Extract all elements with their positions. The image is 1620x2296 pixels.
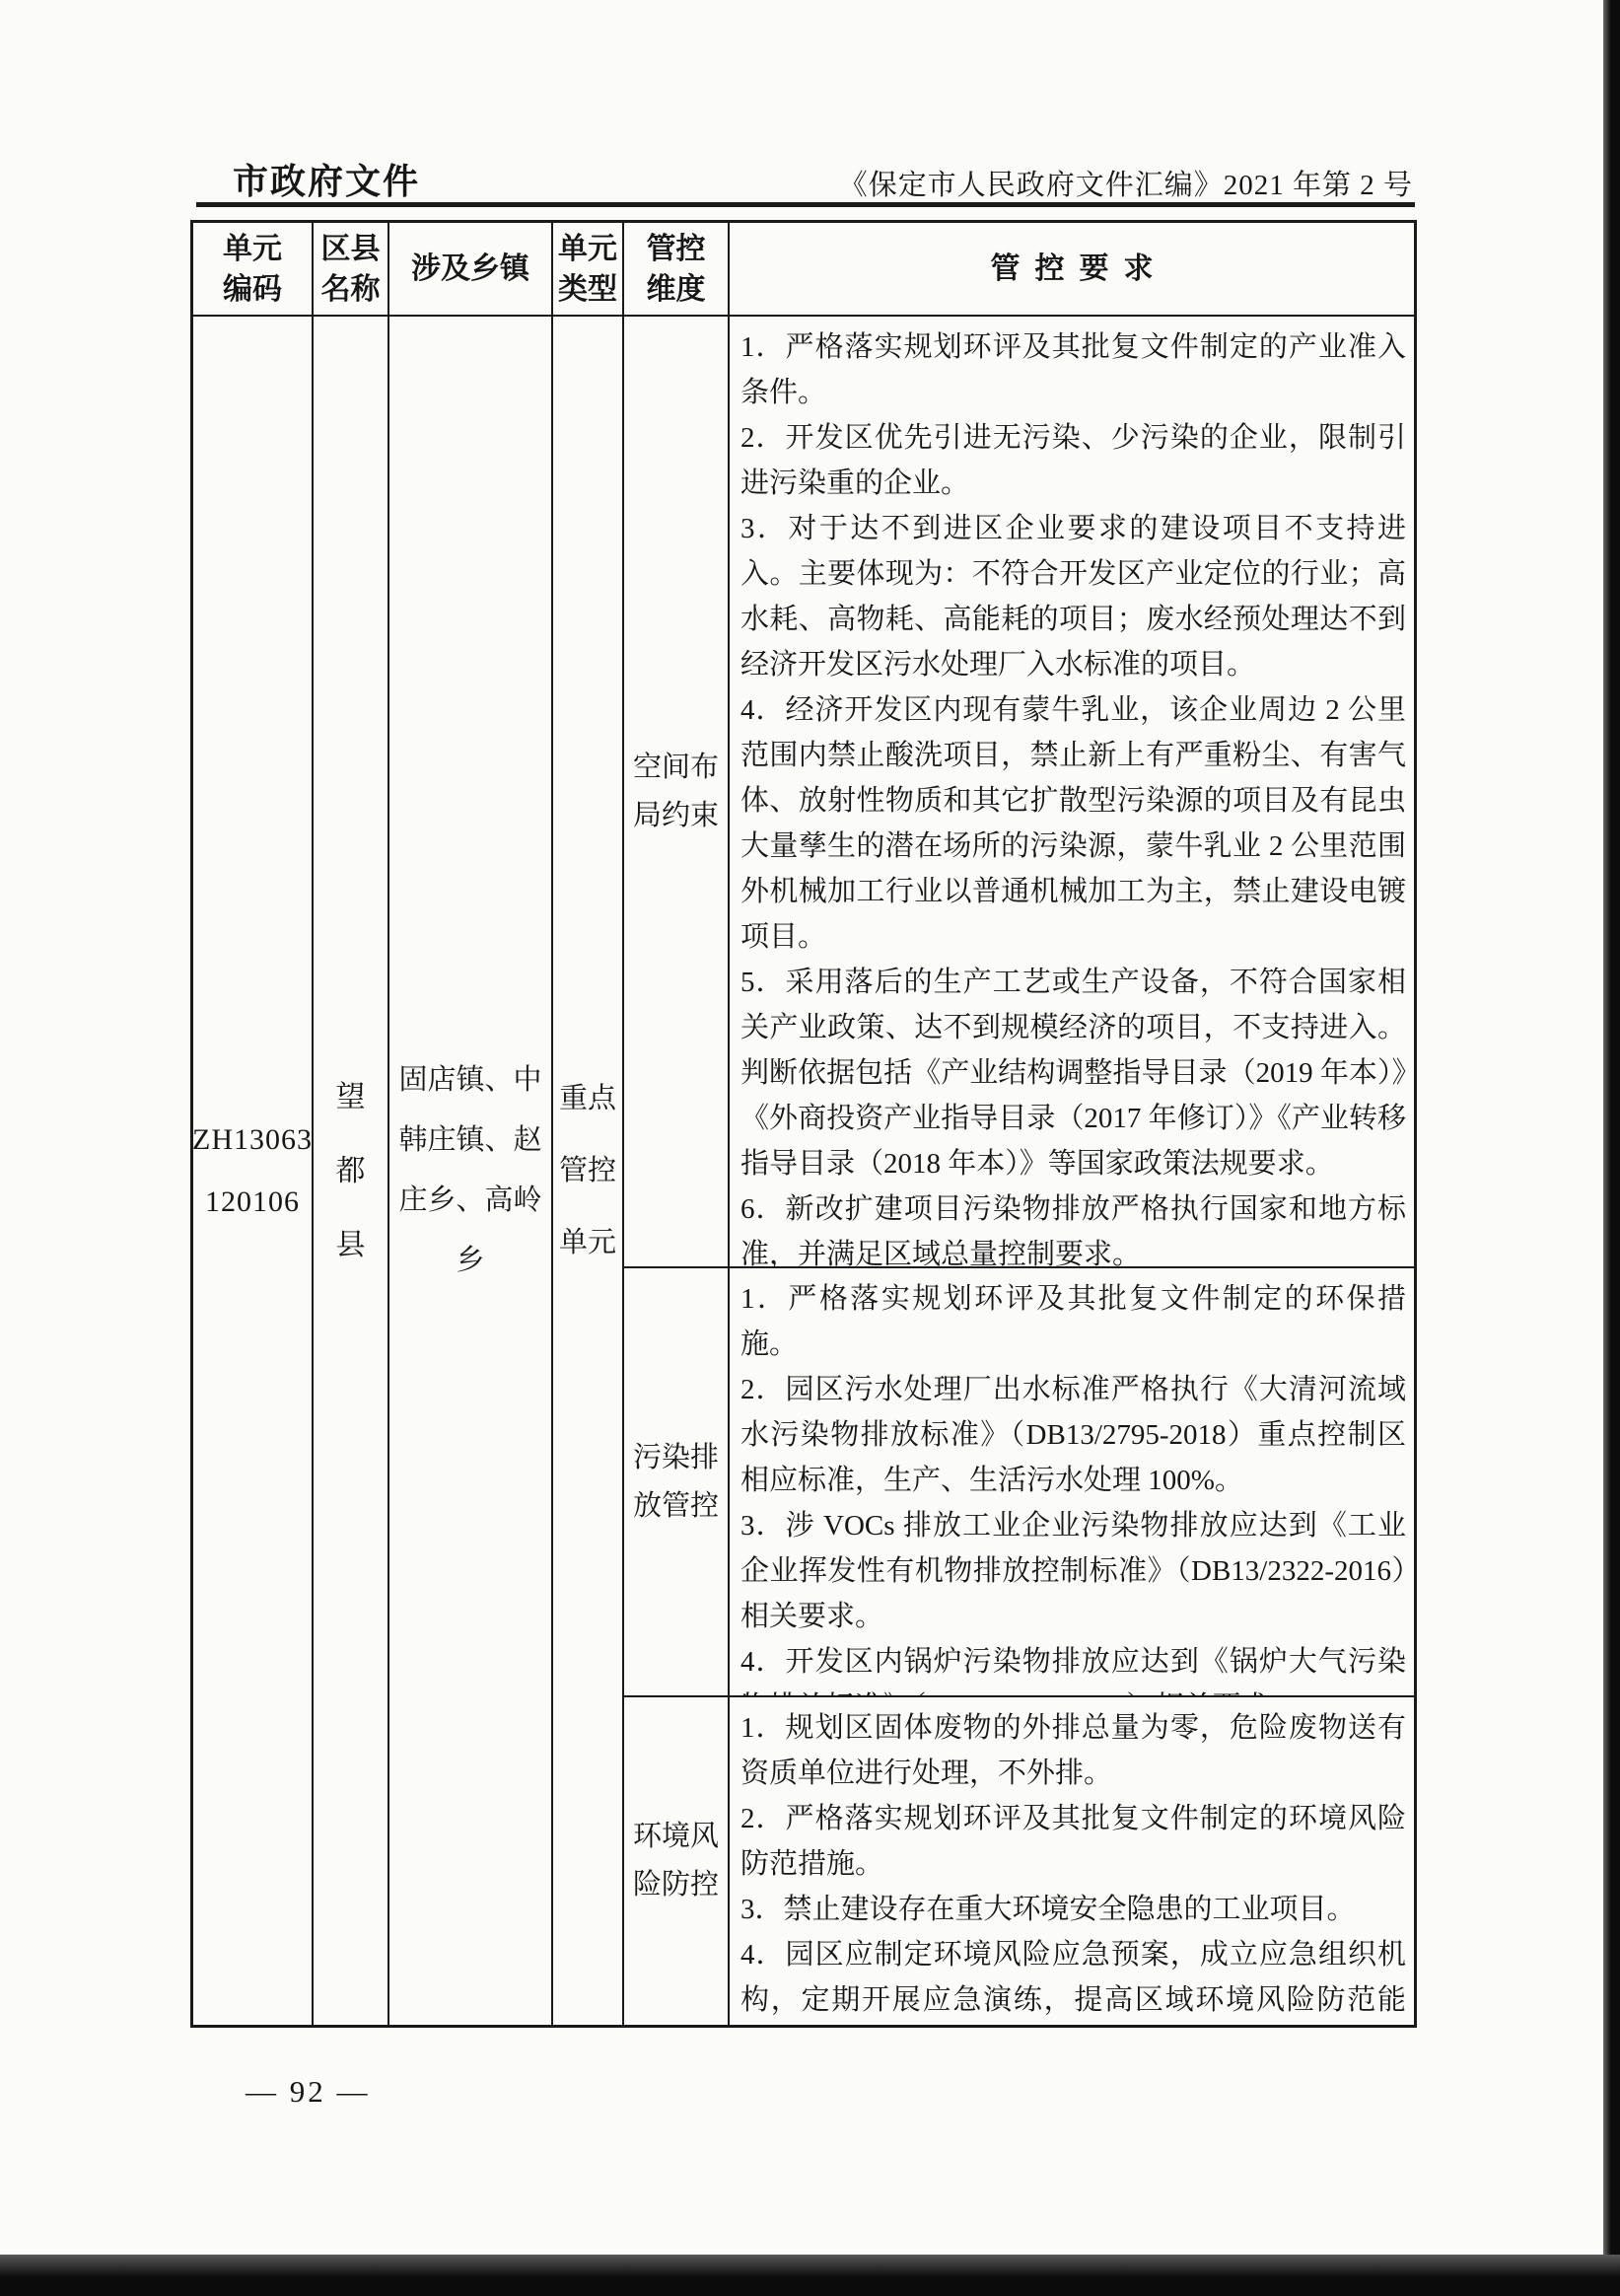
cell-unit-code: ZH13063 120106 [193,317,314,2025]
dimension-label-environmental-risk: 环境风 险防控 [624,1697,730,2025]
table-header-row: 单元 编码 区县 名称 涉及乡镇 单元 类型 管控 维度 管控要求 [193,223,1414,317]
column-header-unit-code: 单元 编码 [193,223,314,315]
running-head-compilation-title: 《保定市人民政府文件汇编》2021 年第 2 号 [839,163,1413,203]
control-requirements-table: 单元 编码 区县 名称 涉及乡镇 单元 类型 管控 维度 管控要求 [190,220,1417,2028]
requirement-item: 3．涉 VOCs 排放工业企业污染物排放应达到《工业企业挥发性有机物排放控制标准… [740,1503,1406,1639]
section-pollution-discharge: 污染排 放管控 1．严格落实规划环评及其批复文件制定的环保措施。 2．园区污水处… [624,1268,1414,1697]
requirement-item: 1．严格落实规划环评及其批复文件制定的产业准入条件。 [740,324,1406,415]
requirement-item: 1．规划区固体废物的外排总量为零，危险废物送有资质单位进行处理，不外排。 [740,1705,1406,1796]
dimension-label-spatial-layout: 空间布 局约束 [624,317,730,1266]
dimension-label-pollution-discharge: 污染排 放管控 [624,1268,730,1695]
scan-edge-band-bottom [0,2255,1620,2296]
scan-edge-band-right [1603,0,1620,2296]
cell-townships: 固店镇、中 韩庄镇、赵 庄乡、高岭 乡 [389,317,553,2025]
requirement-item: 6．新改扩建项目污染物排放严格执行国家和地方标准，并满足区域总量控制要求。 [740,1186,1406,1266]
section-spatial-layout: 空间布 局约束 1．严格落实规划环评及其批复文件制定的产业准入条件。 2．开发区… [624,317,1414,1268]
requirement-item: 2．严格落实规划环评及其批复文件制定的环境风险防范措施。 [740,1796,1406,1887]
requirement-item: 4．开发区内锅炉污染物排放应达到《锅炉大气污染物排放标准》（DB13/5161-… [740,1639,1406,1695]
requirement-item: 5．采用落后的生产工艺或生产设备，不符合国家相关产业政策、达不到规模经济的项目，… [740,960,1406,1186]
document-page: 市政府文件 《保定市人民政府文件汇编》2021 年第 2 号 单元 编码 区县 … [0,0,1620,2296]
dimension-sections: 空间布 局约束 1．严格落实规划环评及其批复文件制定的产业准入条件。 2．开发区… [624,317,1414,2025]
requirement-item: 2．开发区优先引进无污染、少污染的企业，限制引进污染重的企业。 [740,415,1406,506]
requirements-environmental-risk: 1．规划区固体废物的外排总量为零，危险废物送有资质单位进行处理，不外排。 2．严… [730,1697,1414,2025]
column-header-unit-type: 单元 类型 [553,223,624,315]
requirements-pollution-discharge: 1．严格落实规划环评及其批复文件制定的环保措施。 2．园区污水处理厂出水标准严格… [730,1268,1414,1695]
requirement-item: 2．园区污水处理厂出水标准严格执行《大清河流域水污染物排放标准》（DB13/27… [740,1367,1406,1503]
column-header-county-name: 区县 名称 [314,223,389,315]
column-header-control-dimension: 管控 维度 [624,223,730,315]
table-body-row: ZH13063 120106 望 都 县 固店镇、中 韩庄镇、赵 庄乡、高岭 乡… [193,317,1414,2025]
requirements-spatial-layout: 1．严格落实规划环评及其批复文件制定的产业准入条件。 2．开发区优先引进无污染、… [730,317,1414,1266]
column-header-townships: 涉及乡镇 [389,223,553,315]
requirement-item: 3．对于达不到进区企业要求的建设项目不支持进入。主要体现为：不符合开发区产业定位… [740,506,1406,687]
running-head-section-title: 市政府文件 [233,154,420,204]
section-environmental-risk: 环境风 险防控 1．规划区固体废物的外排总量为零，危险废物送有资质单位进行处理，… [624,1697,1414,2025]
requirement-item: 4．园区应制定环境风险应急预案，成立应急组织机构，定期开展应急演练，提高区域环境… [740,1932,1406,2025]
header-rule [196,202,1415,207]
cell-county-name: 望 都 县 [314,317,389,2025]
requirement-item: 3．禁止建设存在重大环境安全隐患的工业项目。 [740,1887,1406,1932]
cell-unit-type: 重点 管控 单元 [553,317,624,2025]
requirement-item: 4．经济开发区内现有蒙牛乳业，该企业周边 2 公里范围内禁止酸洗项目，禁止新上有… [740,687,1406,960]
page-number: — 92 — [246,2074,371,2110]
requirement-item: 1．严格落实规划环评及其批复文件制定的环保措施。 [740,1276,1406,1367]
column-header-control-requirements: 管控要求 [730,223,1414,315]
